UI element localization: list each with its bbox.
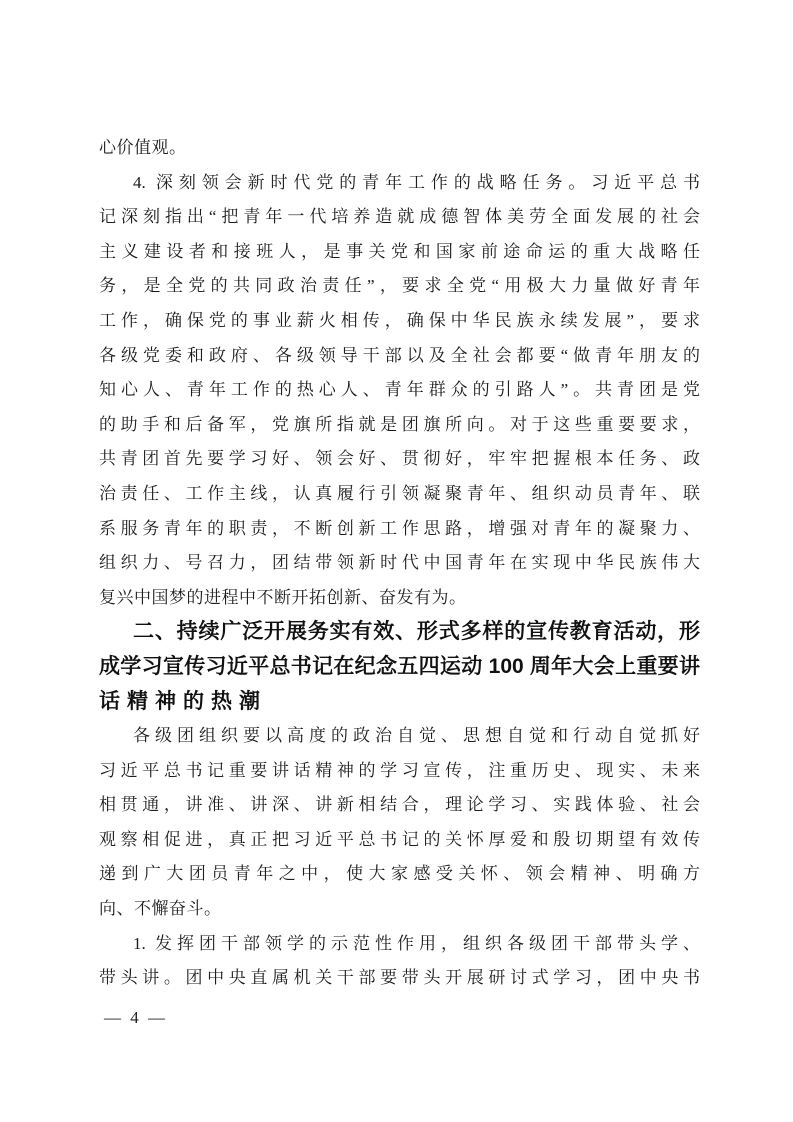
text-line: 记深刻指出“把青年一代培养造就成德智体美劳全面发展的社会	[99, 200, 700, 235]
text-line: 治责任、工作主线，认真履行引领凝聚青年、组织动员青年、联	[99, 477, 700, 512]
text-line: 4. 深刻领会新时代党的青年工作的战略任务。习近平总书	[99, 166, 700, 201]
text-line: 带头讲。团中央直属机关干部要带头开展研讨式学习，团中央书	[99, 961, 700, 996]
text-line: 习近平总书记重要讲话精神的学习宣传，注重历史、现实、未来	[99, 754, 700, 789]
text-line: 递到广大团员青年之中，使大家感受关怀、领会精神、明确方	[99, 857, 700, 892]
section-heading-line: 话精神的热潮	[99, 685, 700, 720]
text-line: 组织力、号召力，团结带领新时代中国青年在实现中华民族伟大	[99, 546, 700, 581]
text-line: 1. 发挥团干部领学的示范性作用，组织各级团干部带头学、	[99, 927, 700, 962]
document-page: 心价值观。 4. 深刻领会新时代党的青年工作的战略任务。习近平总书 记深刻指出“…	[0, 0, 793, 1122]
page-body: 心价值观。 4. 深刻领会新时代党的青年工作的战略任务。习近平总书 记深刻指出“…	[99, 131, 700, 996]
section-heading-line: 成学习宣传习近平总书记在纪念五四运动 100 周年大会上重要讲	[99, 650, 700, 685]
text-line: 的助手和后备军，党旗所指就是团旗所向。对于这些重要要求，	[99, 408, 700, 443]
section-heading-line: 二、持续广泛开展务实有效、形式多样的宣传教育活动，形	[99, 615, 700, 650]
text-line: 向、不懈奋斗。	[99, 892, 700, 927]
text-line: 知心人、青年工作的热心人、青年群众的引路人”。共青团是党	[99, 373, 700, 408]
text-line: 工作，确保党的事业薪火相传，确保中华民族永续发展”，要求	[99, 304, 700, 339]
text-line: 相贯通，讲准、讲深、讲新相结合，理论学习、实践体验、社会	[99, 788, 700, 823]
text-line: 务，是全党的共同政治责任”，要求全党“用极大力量做好青年	[99, 269, 700, 304]
text-line: 各级党委和政府、各级领导干部以及全社会都要“做青年朋友的	[99, 339, 700, 374]
page-number: — 4 —	[104, 1003, 168, 1033]
text-line: 复兴中国梦的进程中不断开拓创新、奋发有为。	[99, 581, 700, 616]
text-line: 共青团首先要学习好、领会好、贯彻好，牢牢把握根本任务、政	[99, 442, 700, 477]
text-line: 心价值观。	[99, 131, 700, 166]
text-line: 主义建设者和接班人，是事关党和国家前途命运的重大战略任	[99, 235, 700, 270]
text-line: 系服务青年的职责，不断创新工作思路，增强对青年的凝聚力、	[99, 512, 700, 547]
text-line: 观察相促进，真正把习近平总书记的关怀厚爱和殷切期望有效传	[99, 823, 700, 858]
text-line: 各级团组织要以高度的政治自觉、思想自觉和行动自觉抓好	[99, 719, 700, 754]
